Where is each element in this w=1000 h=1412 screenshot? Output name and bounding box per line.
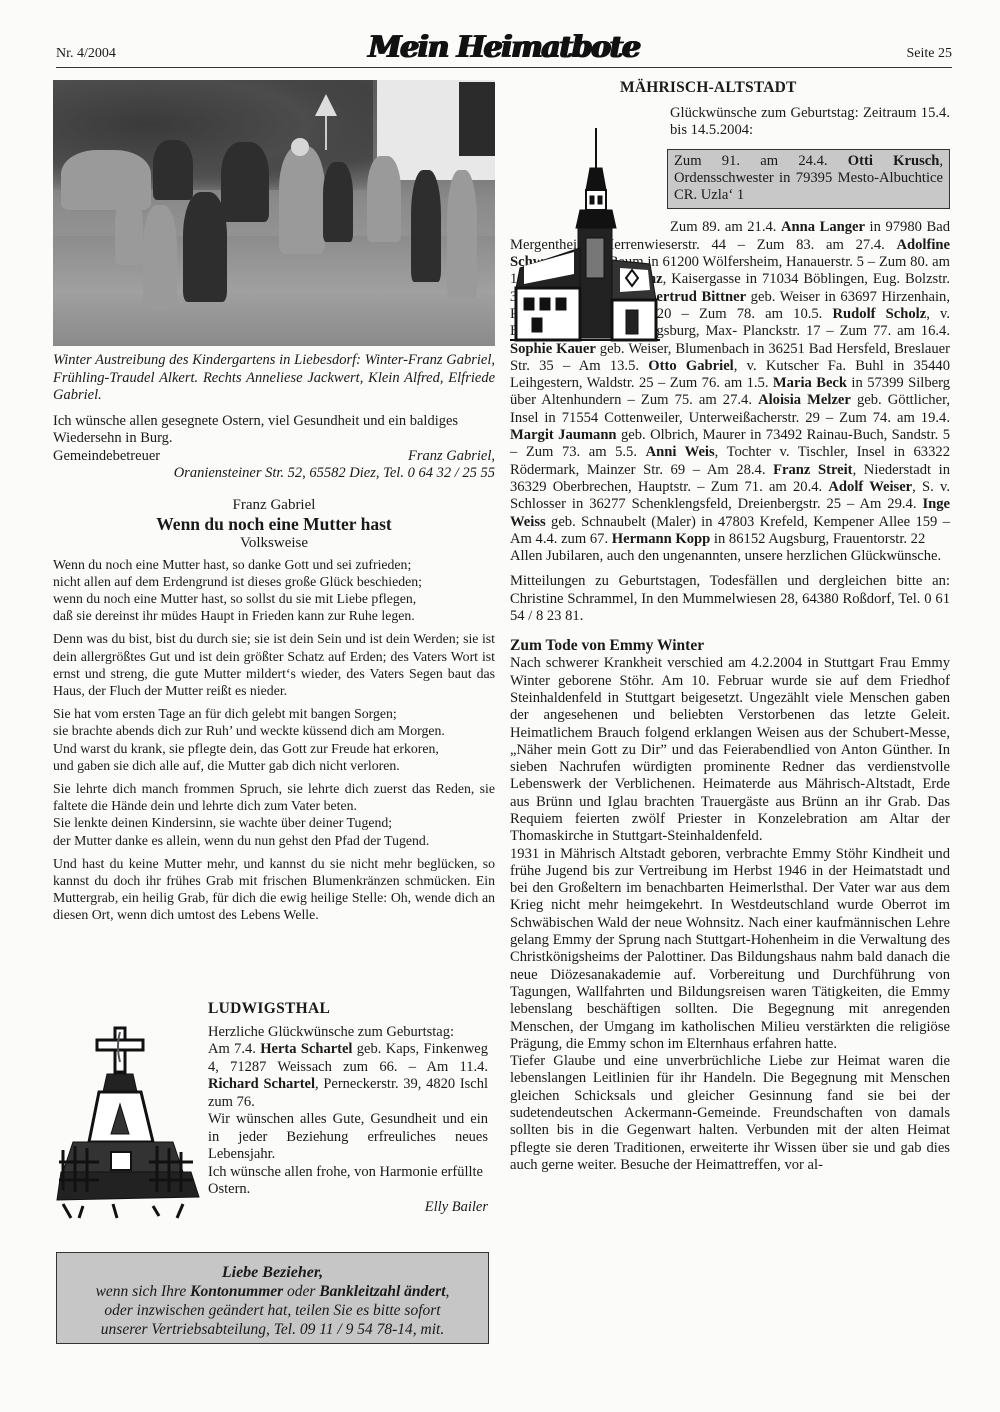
entry-date: Zum 83. am 27.4. xyxy=(757,237,897,253)
highlight-birthday-box: Zum 91. am 24.4. Otti Krusch, Ordensschw… xyxy=(667,149,950,210)
photo-adult-figure xyxy=(221,142,269,222)
entry-date: Zum 75. am 27.4. xyxy=(641,392,758,408)
entry-date: Zum 78. am 10.5. xyxy=(699,306,832,322)
jubilar-name: Herta Schartel xyxy=(260,1041,352,1057)
jubilar-name: Otto Gabriel xyxy=(648,358,733,374)
entry-date: Zum 77. am 16.4. xyxy=(840,323,950,339)
entry-date: Zum 91. am 24.4. xyxy=(674,153,848,169)
entry-date: Zum 71. am 20.4. xyxy=(711,479,829,495)
photo-window xyxy=(459,82,495,156)
photo-nun-figure xyxy=(279,146,325,254)
photo-child-figure xyxy=(411,170,441,282)
entry-details: in 86152 Augsburg, Frauentorstr. 22 xyxy=(710,531,925,547)
notice-line-3: unserer Vertriebsabteilung, Tel. 09 11 /… xyxy=(57,1320,488,1339)
poem-line: Und hast du keine Mutter mehr, und kanns… xyxy=(53,855,495,924)
contact-info: Mitteilungen zu Geburtstagen, Todesfälle… xyxy=(510,573,950,625)
poem-line: Wenn du noch eine Mutter hast, so danke … xyxy=(53,556,495,573)
poem-stanza-5: Und hast du keine Mutter mehr, und kanns… xyxy=(53,855,495,924)
jubilar-name: Otti Krusch xyxy=(848,153,940,169)
notice-emphasis: Bankleitzahl ändert xyxy=(319,1283,445,1300)
obituary-paragraph: 1931 in Mährisch Altstadt geboren, verbr… xyxy=(510,846,950,1054)
kindergarten-procession-photo xyxy=(53,80,495,346)
poem-line: sie brachte abends dich zur Ruh’ und wec… xyxy=(53,722,495,739)
poem-line: Denn was du bist, bist du durch sie; sie… xyxy=(53,630,495,699)
jubilar-name: Anni Weis xyxy=(646,444,715,460)
obituary-paragraph: Nach schwerer Krankheit verschied am 4.2… xyxy=(510,655,950,845)
photo-child-figure xyxy=(447,170,477,298)
signer-name: Elly Bailer xyxy=(425,1199,488,1217)
easter-wish: Ich wünsche allen frohe, von Harmonie er… xyxy=(208,1164,488,1199)
obituary-paragraph: Tiefer Glaube und eine unverbrüchliche L… xyxy=(510,1053,950,1174)
left-column: Winter Austreibung des Kindergartens in … xyxy=(53,80,495,924)
notice-text: wenn sich Ihre xyxy=(96,1283,191,1300)
poem-line: Sie lenkte deinen Kindersinn, sie wachte… xyxy=(53,814,495,831)
notice-line-1: wenn sich Ihre Kontonummer oder Bankleit… xyxy=(57,1282,488,1301)
poem-subtitle: Volksweise xyxy=(53,534,495,552)
subscriber-notice-box: Liebe Bezieher, wenn sich Ihre Kontonumm… xyxy=(56,1252,489,1344)
photo-child-figure xyxy=(115,195,143,265)
notice-text: oder xyxy=(283,1283,319,1300)
photo-child-figure xyxy=(143,205,177,310)
maehrisch-altstadt-heading: MÄHRISCH-ALTSTADT xyxy=(510,78,950,98)
page-header: Nr. 4/2004 Mein Heimatbote Seite 25 xyxy=(56,34,952,68)
notice-text: , xyxy=(446,1283,450,1300)
ludwigsthal-intro: Herzliche Glückwünsche zum Geburtstag: xyxy=(208,1024,454,1040)
entry-date: Zum 76. am 1.5. xyxy=(670,375,773,391)
entry-date: Am 4.4. zum 67. xyxy=(510,531,612,547)
photo-adult-figure xyxy=(153,140,193,200)
entry-date: Am 28.4. xyxy=(707,462,773,478)
poem-line: wenn du noch eine Mutter hast, so sollst… xyxy=(53,590,495,607)
poem-line: Sie hat vom ersten Tage an für dich gele… xyxy=(53,705,495,722)
page-number: Seite 25 xyxy=(907,46,953,62)
photo-head xyxy=(291,138,309,156)
poem-line: Sie lehrte dich manch frommen Spruch, si… xyxy=(53,780,495,814)
signer-role: Gemeindebetreuer xyxy=(53,448,160,466)
entry-date: Am 29.4. xyxy=(859,496,922,512)
right-column: MÄHRISCH-ALTSTADT Glückwünsche zum Gebur… xyxy=(510,78,950,1174)
closing-wishes: Allen Jubilaren, auch den ungenannten, u… xyxy=(510,548,950,565)
entry-date: 11.4. xyxy=(460,1059,488,1075)
issue-number: Nr. 4/2004 xyxy=(56,46,116,62)
jubilar-name: Anna Langer xyxy=(781,219,865,235)
obituary-title: Zum Tode von Emmy Winter xyxy=(510,637,950,655)
poem-stanza-1: Wenn du noch eine Mutter hast, so danke … xyxy=(53,556,495,625)
notice-line-2: oder inzwischen geändert hat, teilen Sie… xyxy=(57,1301,488,1320)
notice-emphasis: Kontonummer xyxy=(190,1283,283,1300)
entry-date: Zum 89. am 21.4. xyxy=(670,219,781,235)
poem-line: der Mutter danke es allein, wenn du nun … xyxy=(53,832,495,849)
entry-date: Zum 74. am 19.4. xyxy=(839,410,950,426)
poem-line: Und warst du krank, sie pflegte dein, da… xyxy=(53,740,495,757)
poem-line: nicht allen auf dem Erdengrund ist diese… xyxy=(53,573,495,590)
jubilar-name: Adolf Weiser xyxy=(828,479,912,495)
photo-child-figure xyxy=(367,156,401,242)
signer-address: Oraniensteiner Str. 52, 65582 Diez, Tel.… xyxy=(53,465,495,483)
poem-stanza-2: Denn was du bist, bist du durch sie; sie… xyxy=(53,630,495,699)
jubilar-name: Franz Streit xyxy=(773,462,852,478)
poem-stanza-4: Sie lehrte dich manch frommen Spruch, si… xyxy=(53,780,495,849)
jubilar-name: Rudolf Scholz xyxy=(833,306,927,322)
ludwigsthal-signoff: Ich wünsche allen frohe, von Harmonie er… xyxy=(208,1164,488,1199)
entry-date: Zum 73. am 5.5. xyxy=(526,444,646,460)
poem-line: und gaben sie dich alle auf, die Mutter … xyxy=(53,757,495,774)
photo-child-figure xyxy=(323,162,353,242)
jubilar-name: Maria Beck xyxy=(773,375,847,391)
ludwigsthal-signer-row: Elly Bailer xyxy=(208,1199,488,1217)
photo-sign-pole xyxy=(325,116,327,150)
poem-stanza-3: Sie hat vom ersten Tage an für dich gele… xyxy=(53,705,495,774)
notice-title: Liebe Bezieher, xyxy=(57,1263,488,1282)
signature-line: Gemeindebetreuer Franz Gabriel, xyxy=(53,448,495,466)
entry-date: Am 13.5. xyxy=(579,358,649,374)
signer-name: Franz Gabriel, xyxy=(408,448,495,466)
wayside-cross-icon xyxy=(53,1022,203,1222)
jubilar-name: Gertrud Bittner xyxy=(645,289,746,305)
jubilar-name: Aloisia Melzer xyxy=(758,392,851,408)
jubilar-name: Margit Jaumann xyxy=(510,427,617,443)
poem-line: daß sie dereinst ihr müdes Haupt in Frie… xyxy=(53,607,495,624)
masthead-logo: Mein Heimatbote xyxy=(368,30,639,65)
poem-title: Wenn du noch eine Mutter hast xyxy=(53,514,495,534)
jubilar-name: Richard Schartel xyxy=(208,1076,315,1092)
entry-details: geb. Schnaubelt (Maler) in 47803 Krefeld… xyxy=(546,514,950,530)
ludwigsthal-section: LUDWIGSTHAL Herzliche Glückwünsche zum G… xyxy=(53,1000,495,1230)
jubilar-name: Hermann Kopp xyxy=(612,531,711,547)
easter-greeting: Ich wünsche allen gesegnete Ostern, viel… xyxy=(53,413,495,448)
poem-author: Franz Gabriel xyxy=(53,497,495,514)
photo-caption: Winter Austreibung des Kindergartens in … xyxy=(53,352,495,405)
entry-date: Am 7.4. xyxy=(208,1041,260,1057)
ludwigsthal-text: LUDWIGSTHAL Herzliche Glückwünsche zum G… xyxy=(208,1000,488,1216)
ludwigsthal-birthdays: Herzliche Glückwünsche zum Geburtstag: A… xyxy=(208,1024,488,1112)
church-tower-icon xyxy=(510,128,660,348)
ludwigsthal-heading: LUDWIGSTHAL xyxy=(208,1000,488,1018)
ludwigsthal-wishes: Wir wünschen alles Gute, Gesundheit und … xyxy=(208,1111,488,1164)
